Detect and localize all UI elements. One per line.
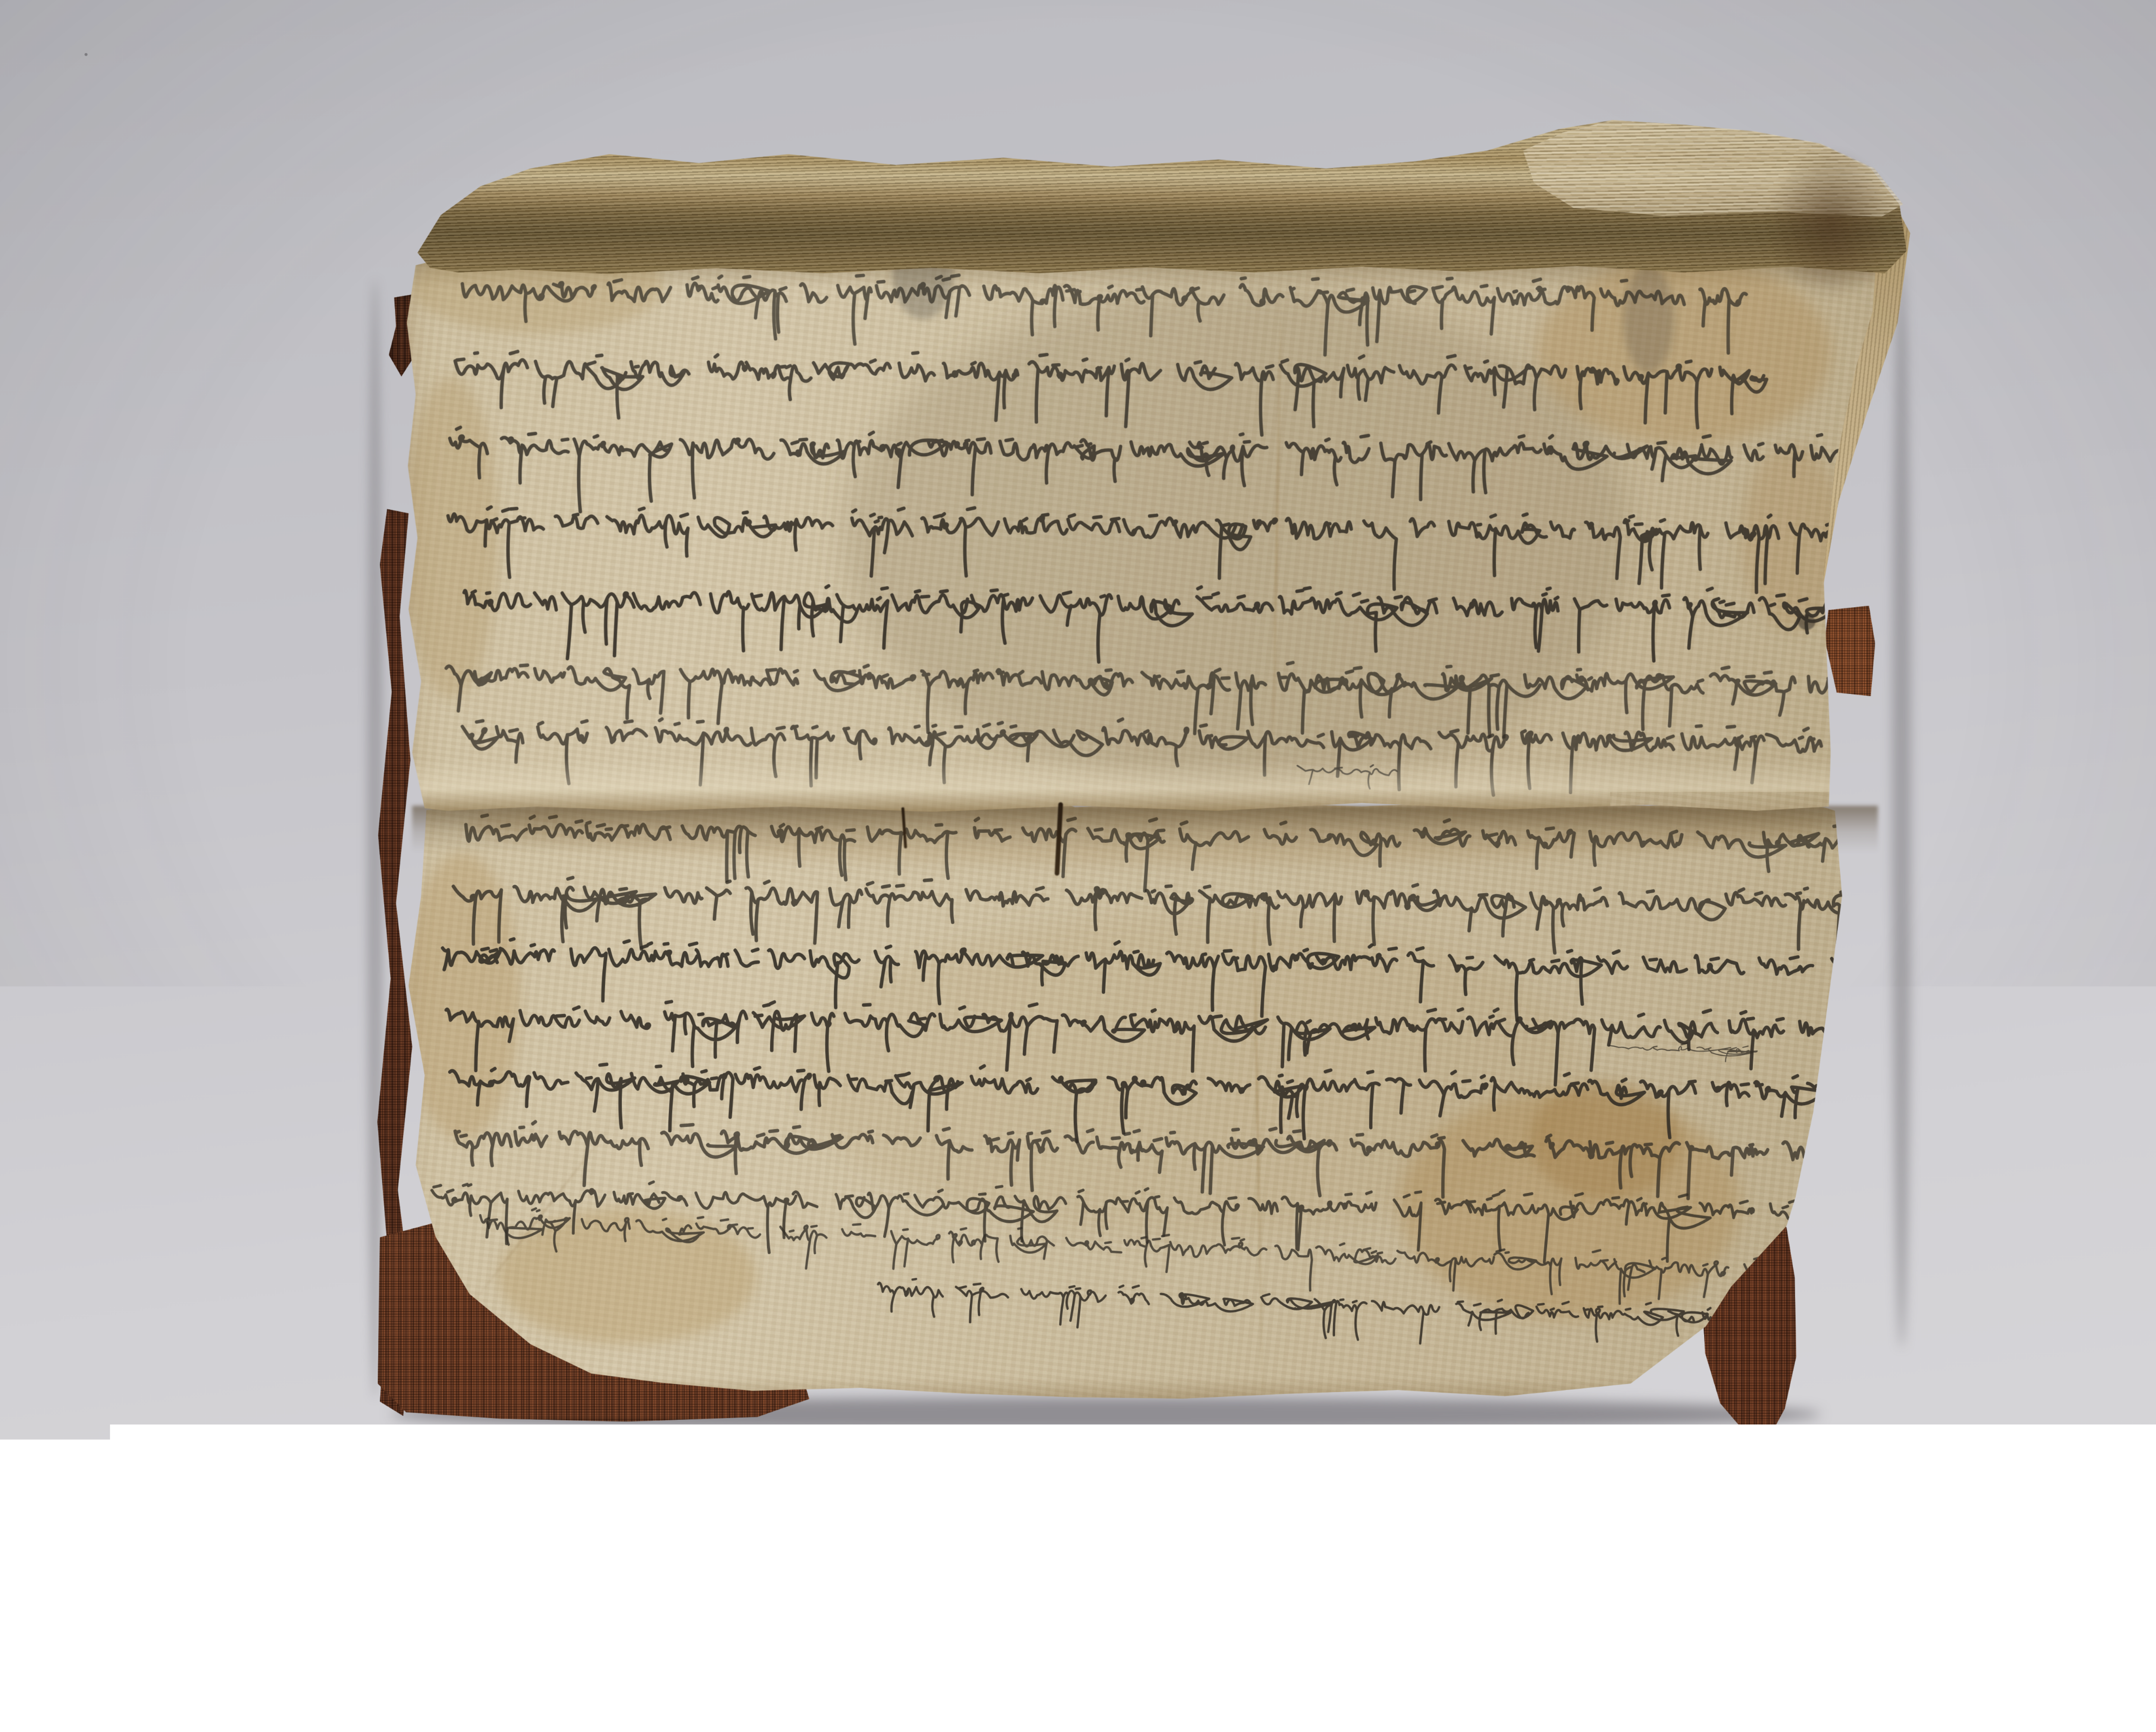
script-line — [1297, 765, 1397, 789]
photograph — [0, 0, 2156, 1440]
script-line — [878, 1279, 1721, 1343]
script-line — [442, 939, 1856, 1020]
script-line — [450, 427, 1840, 512]
script-line — [448, 507, 1843, 592]
script-line — [462, 275, 1746, 355]
script-line — [455, 1122, 1850, 1199]
cloth-tab-right — [1824, 606, 1878, 699]
script-line — [462, 719, 1821, 795]
script-line — [464, 586, 1846, 662]
script-line — [1609, 1043, 1757, 1061]
script-line — [455, 351, 1767, 435]
script-upper — [405, 247, 1910, 813]
dust-speck — [85, 53, 88, 56]
script-line — [480, 1208, 1827, 1304]
script-line — [466, 815, 1840, 891]
script-line — [432, 1182, 1852, 1262]
page-edge-stack-light-right — [1520, 118, 1914, 219]
upper-page — [405, 247, 1910, 813]
book-shadow-right — [1892, 265, 1911, 1348]
lower-page — [401, 788, 1885, 1412]
script-line — [446, 1001, 1841, 1085]
script-lower — [401, 788, 1885, 1412]
script-line — [446, 662, 1838, 737]
